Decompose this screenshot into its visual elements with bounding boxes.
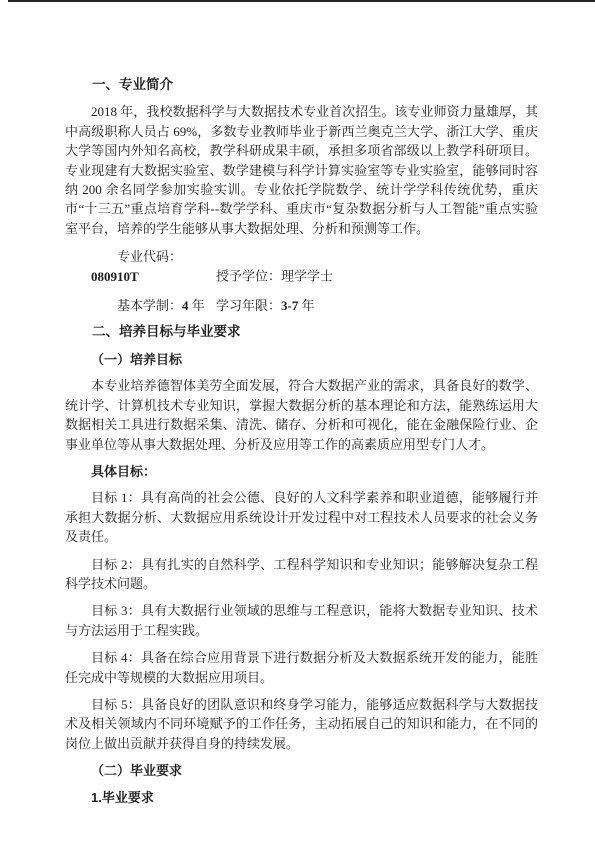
training-goal-paragraph: 本专业培养德智体美劳全面发展，符合大数据产业的需求，具备良好的数学、统计学、计算…	[65, 376, 538, 454]
heading-major-intro: 一、专业简介	[65, 75, 538, 94]
major-code-pair: 专业代码：080910T	[91, 247, 216, 286]
goal-3-paragraph: 目标 3：具有大数据行业领域的思维与工程意识，能将大数据专业知识、技术与方法运用…	[65, 601, 538, 640]
document-page: 一、专业简介 2018 年，我校数据科学与大数据技术专业首次招生。该专业师资力量…	[0, 0, 595, 841]
goal-1-paragraph: 目标 1：具有高尚的社会公德、良好的人文科学素养和职业道德，能够履行并承担大数据…	[65, 488, 538, 546]
goal-4-paragraph: 目标 4：具备在综合应用背景下进行数据分析及大数据系统开发的能力，能胜任完成中等…	[65, 648, 538, 687]
duration-label: 学习年限：	[216, 298, 281, 313]
goal-2-paragraph: 目标 2：具有扎实的自然科学、工程科学知识和专业知识；能够解决复杂工程科学技术问…	[65, 555, 538, 594]
subheading-graduation-requirements: 1.毕业要求	[65, 788, 538, 807]
heading-training-and-graduation: 二、培养目标与毕业要求	[65, 322, 538, 341]
major-code-value: 080910T	[91, 269, 139, 284]
duration-pair: 学习年限：3-7 年	[216, 298, 315, 313]
schooling-unit: 年	[189, 298, 205, 313]
goal-5-paragraph: 目标 5：具备良好的团队意识和终身学习能力，能够适应数据科学与大数据技术及相关领…	[65, 695, 538, 753]
page-top-edge-line	[8, 0, 595, 2]
degree-label: 授予学位：	[216, 269, 281, 284]
heading-specific-goals: 具体目标：	[65, 462, 538, 481]
degree-value: 理学学士	[281, 269, 333, 284]
major-intro-paragraph: 2018 年，我校数据科学与大数据技术专业首次招生。该专业师资力量雄厚，其中高级…	[65, 102, 538, 238]
duration-unit: 年	[298, 298, 314, 313]
duration-value: 3-7	[281, 298, 298, 313]
schooling-duration-line: 基本学制：4 年学习年限：3-7 年	[65, 296, 538, 315]
heading-training-goal: （一）培养目标	[65, 350, 538, 369]
heading-graduation-requirements: （二）毕业要求	[65, 761, 538, 780]
major-code-label: 专业代码：	[117, 249, 182, 264]
major-code-degree-line: 专业代码：080910T授予学位：理学学士	[65, 247, 538, 286]
schooling-pair: 基本学制：4 年	[91, 296, 216, 315]
degree-pair: 授予学位：理学学士	[216, 269, 333, 284]
schooling-label: 基本学制：	[117, 298, 182, 313]
